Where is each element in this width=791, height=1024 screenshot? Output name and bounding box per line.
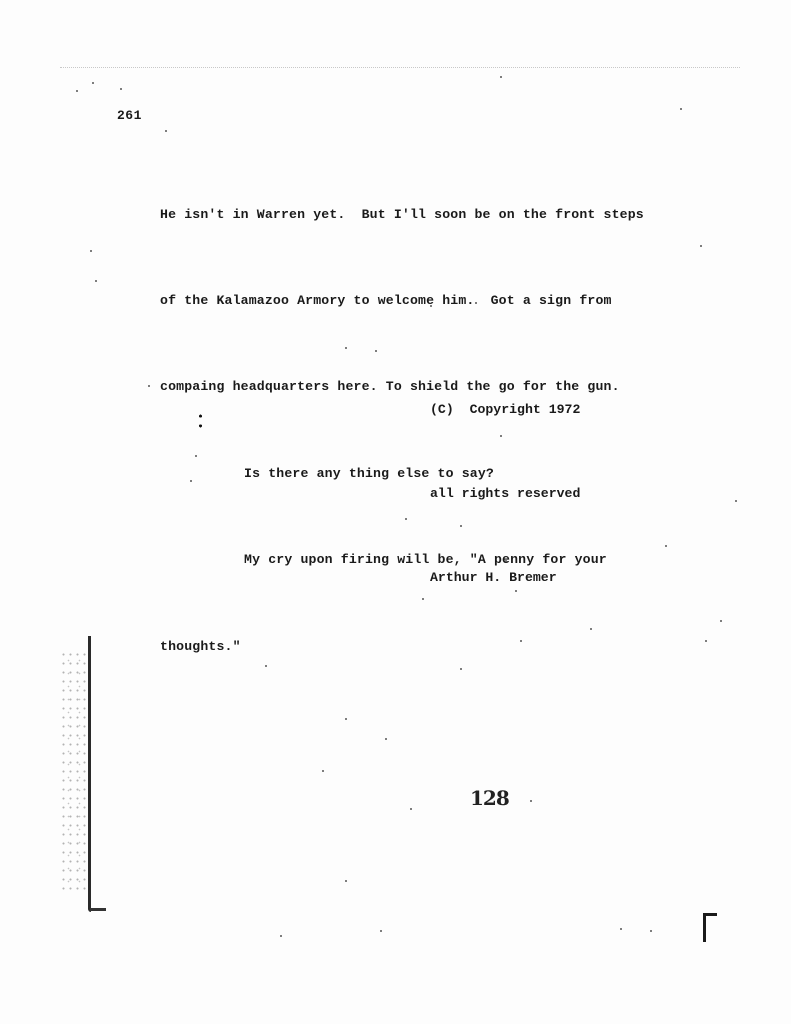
copyright-line: (C) Copyright 1972 (430, 396, 580, 424)
scan-speck (665, 545, 667, 547)
binding-scan-noise (60, 650, 88, 890)
scan-speck (620, 928, 622, 930)
scan-speck (500, 435, 502, 437)
corner-crop-mark (703, 914, 706, 942)
scanned-page: 261 He isn't in Warren yet. But I'll soo… (0, 0, 791, 1024)
scan-speck (460, 668, 462, 670)
scan-speck (405, 518, 407, 520)
page-number-top: 261 (117, 108, 142, 123)
body-line: of the Kalamazoo Armory to welcome him. … (160, 287, 700, 316)
page-top-edge (60, 67, 740, 69)
scan-speck (380, 930, 382, 932)
author-line: Arthur H. Bremer (430, 564, 580, 592)
scan-speck (95, 280, 97, 282)
page-number-bottom: 128 (470, 786, 509, 810)
scan-speck (345, 718, 347, 720)
scan-speck (720, 620, 722, 622)
binding-edge-line (88, 636, 91, 912)
scan-speck (345, 347, 347, 349)
scan-speck (345, 880, 347, 882)
scan-speck (475, 302, 477, 304)
scan-speck (505, 560, 507, 562)
scan-speck (530, 800, 532, 802)
scan-speck (735, 500, 737, 502)
scan-speck (280, 935, 282, 937)
scan-speck (650, 930, 652, 932)
scan-speck (422, 598, 424, 600)
scan-speck (90, 250, 92, 252)
scan-speck (92, 82, 94, 84)
scan-speck (385, 738, 387, 740)
scan-speck (190, 480, 192, 482)
scan-speck (322, 770, 324, 772)
scan-speck (590, 628, 592, 630)
scan-speck (705, 640, 707, 642)
scan-speck (120, 88, 122, 90)
scan-speck (265, 665, 267, 667)
scan-speck (76, 90, 78, 92)
scan-speck (515, 590, 517, 592)
scan-speck (520, 640, 522, 642)
scan-speck (410, 808, 412, 810)
scan-speck (680, 108, 682, 110)
scan-speck (700, 245, 702, 247)
rights-line: all rights reserved (430, 480, 580, 508)
scan-speck (165, 130, 167, 132)
scan-speck (460, 525, 462, 527)
scan-speck (375, 350, 377, 352)
copyright-notice: (C) Copyright 1972 all rights reserved A… (430, 340, 580, 648)
body-line: He isn't in Warren yet. But I'll soon be… (160, 201, 700, 230)
scan-speck (500, 76, 502, 78)
scan-speck (430, 305, 432, 307)
scan-speck (148, 385, 150, 387)
binding-edge-foot (90, 908, 106, 911)
stray-mark (199, 414, 202, 428)
scan-speck (195, 455, 197, 457)
